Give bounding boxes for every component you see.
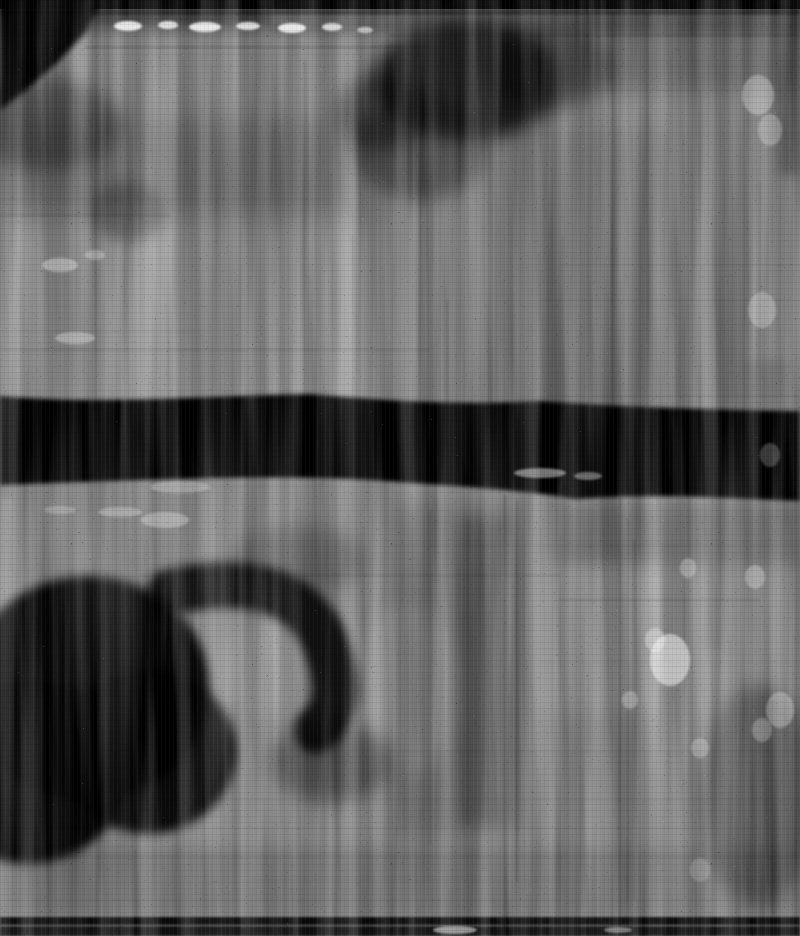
white-speck xyxy=(44,506,76,514)
white-speck xyxy=(622,691,638,709)
white-speck xyxy=(98,507,142,517)
white-speck xyxy=(742,75,774,115)
white-speck xyxy=(236,22,260,30)
white-speck xyxy=(189,22,221,32)
white-speck xyxy=(514,468,566,478)
white-speck xyxy=(748,292,776,328)
film-grain-light xyxy=(0,0,800,936)
scanned-figure xyxy=(0,0,800,936)
white-speck xyxy=(141,512,189,528)
white-speck xyxy=(322,23,342,31)
white-speck xyxy=(574,472,602,480)
white-speck xyxy=(645,628,665,652)
white-speck xyxy=(752,718,772,742)
white-speck xyxy=(150,481,210,493)
white-speck xyxy=(691,738,709,758)
white-speck xyxy=(42,258,78,272)
white-speck xyxy=(760,443,780,467)
white-speck xyxy=(114,21,142,31)
white-speck xyxy=(158,21,178,29)
white-speck xyxy=(604,927,632,933)
white-speck xyxy=(745,565,765,589)
white-speck xyxy=(357,27,373,33)
halftone-photo xyxy=(0,0,800,936)
white-speck xyxy=(433,926,477,934)
white-speck xyxy=(766,692,794,728)
white-speck xyxy=(690,858,710,882)
white-speck xyxy=(278,23,306,33)
white-speck xyxy=(758,114,782,146)
white-speck xyxy=(680,558,696,578)
white-speck xyxy=(55,332,95,344)
white-speck xyxy=(85,250,105,260)
